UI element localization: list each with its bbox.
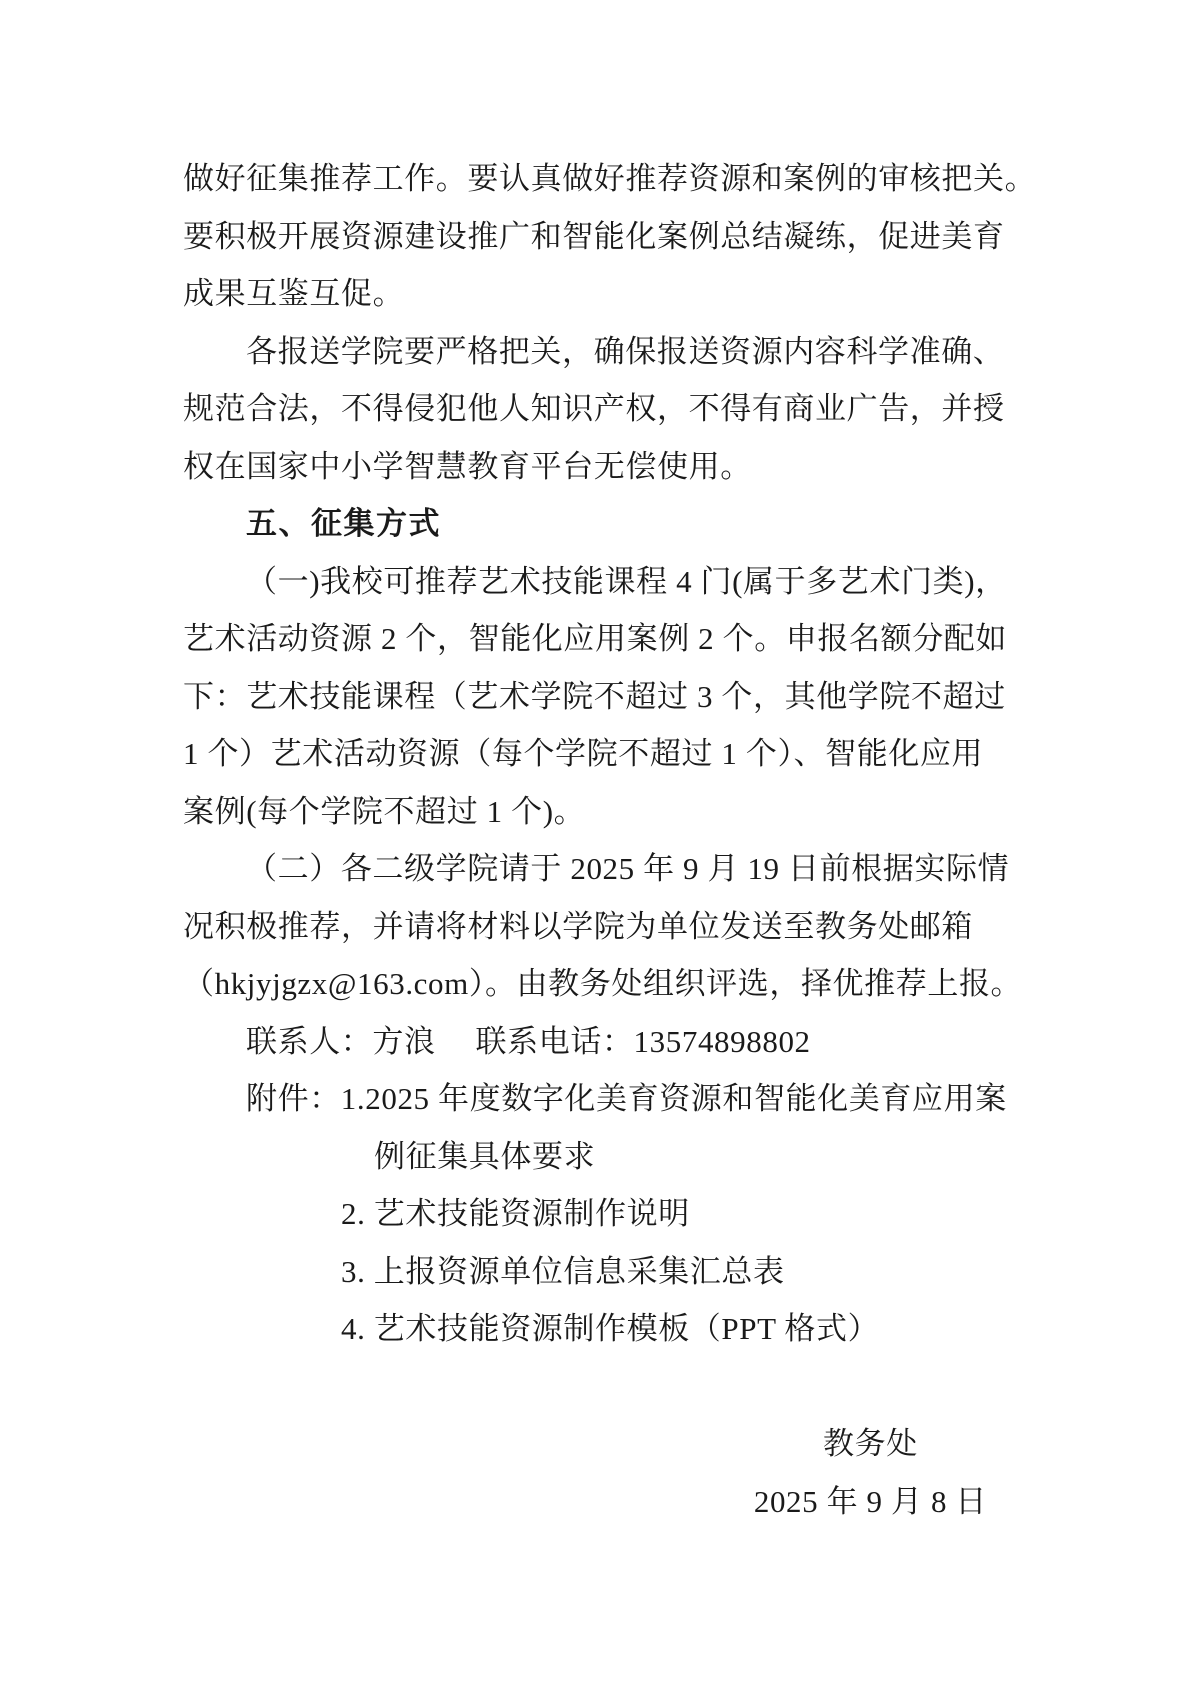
- document-page: 做好征集推荐工作。要认真做好推荐资源和案例的审核把关。 要积极开展资源建设推广和…: [0, 0, 1191, 1684]
- signature-org: 教务处: [754, 1415, 987, 1473]
- attachment-item-2: 2. 艺术技能资源制作说明: [183, 1185, 1045, 1243]
- attachment-item-3: 3. 上报资源单位信息采集汇总表: [183, 1243, 1045, 1301]
- para4-line3: （hkjyjgzx@163.com）。由教务处组织评选，择优推荐上报。: [183, 955, 1045, 1013]
- blank-line: [183, 1358, 1045, 1416]
- para3-line5: 案例(每个学院不超过 1 个)。: [183, 783, 1045, 841]
- para2-line2: 规范合法，不得侵犯他人知识产权，不得有商业广告，并授: [183, 380, 1045, 438]
- signature-date: 2025 年 9 月 8 日: [754, 1473, 987, 1531]
- para4-line2: 况积极推荐，并请将材料以学院为单位发送至教务处邮箱: [183, 898, 1045, 956]
- para1-line3: 成果互鉴互促。: [183, 265, 1045, 323]
- attachments-lead: 附件：1.2025 年度数字化美育资源和智能化美育应用案: [183, 1070, 1045, 1128]
- para2-line3: 权在国家中小学智慧教育平台无偿使用。: [183, 438, 1045, 496]
- section-heading: 五、征集方式: [183, 495, 1045, 553]
- para1-line2: 要积极开展资源建设推广和智能化案例总结凝练，促进美育: [183, 208, 1045, 266]
- para3-line3: 下：艺术技能课程（艺术学院不超过 3 个，其他学院不超过: [183, 668, 1045, 726]
- para4-line1: （二）各二级学院请于 2025 年 9 月 19 日前根据实际情: [183, 840, 1045, 898]
- para1-line1: 做好征集推荐工作。要认真做好推荐资源和案例的审核把关。: [183, 150, 1045, 208]
- para3-line4: 1 个）艺术活动资源（每个学院不超过 1 个）、智能化应用: [183, 725, 1045, 783]
- signature-block: 教务处 2025 年 9 月 8 日: [754, 1415, 987, 1530]
- para2-line1: 各报送学院要严格把关，确保报送资源内容科学准确、: [183, 323, 1045, 381]
- attachments-lead-wrap: 例征集具体要求: [183, 1128, 1045, 1186]
- contact-line: 联系人：方浪 联系电话：13574898802: [183, 1013, 1045, 1071]
- attachment-item-4: 4. 艺术技能资源制作模板（PPT 格式）: [183, 1300, 1045, 1358]
- document-body: 做好征集推荐工作。要认真做好推荐资源和案例的审核把关。 要积极开展资源建设推广和…: [183, 150, 1045, 1530]
- para3-line1: （一)我校可推荐艺术技能课程 4 门(属于多艺术门类)，: [183, 553, 1045, 611]
- para3-line2: 艺术活动资源 2 个，智能化应用案例 2 个。申报名额分配如: [183, 610, 1045, 668]
